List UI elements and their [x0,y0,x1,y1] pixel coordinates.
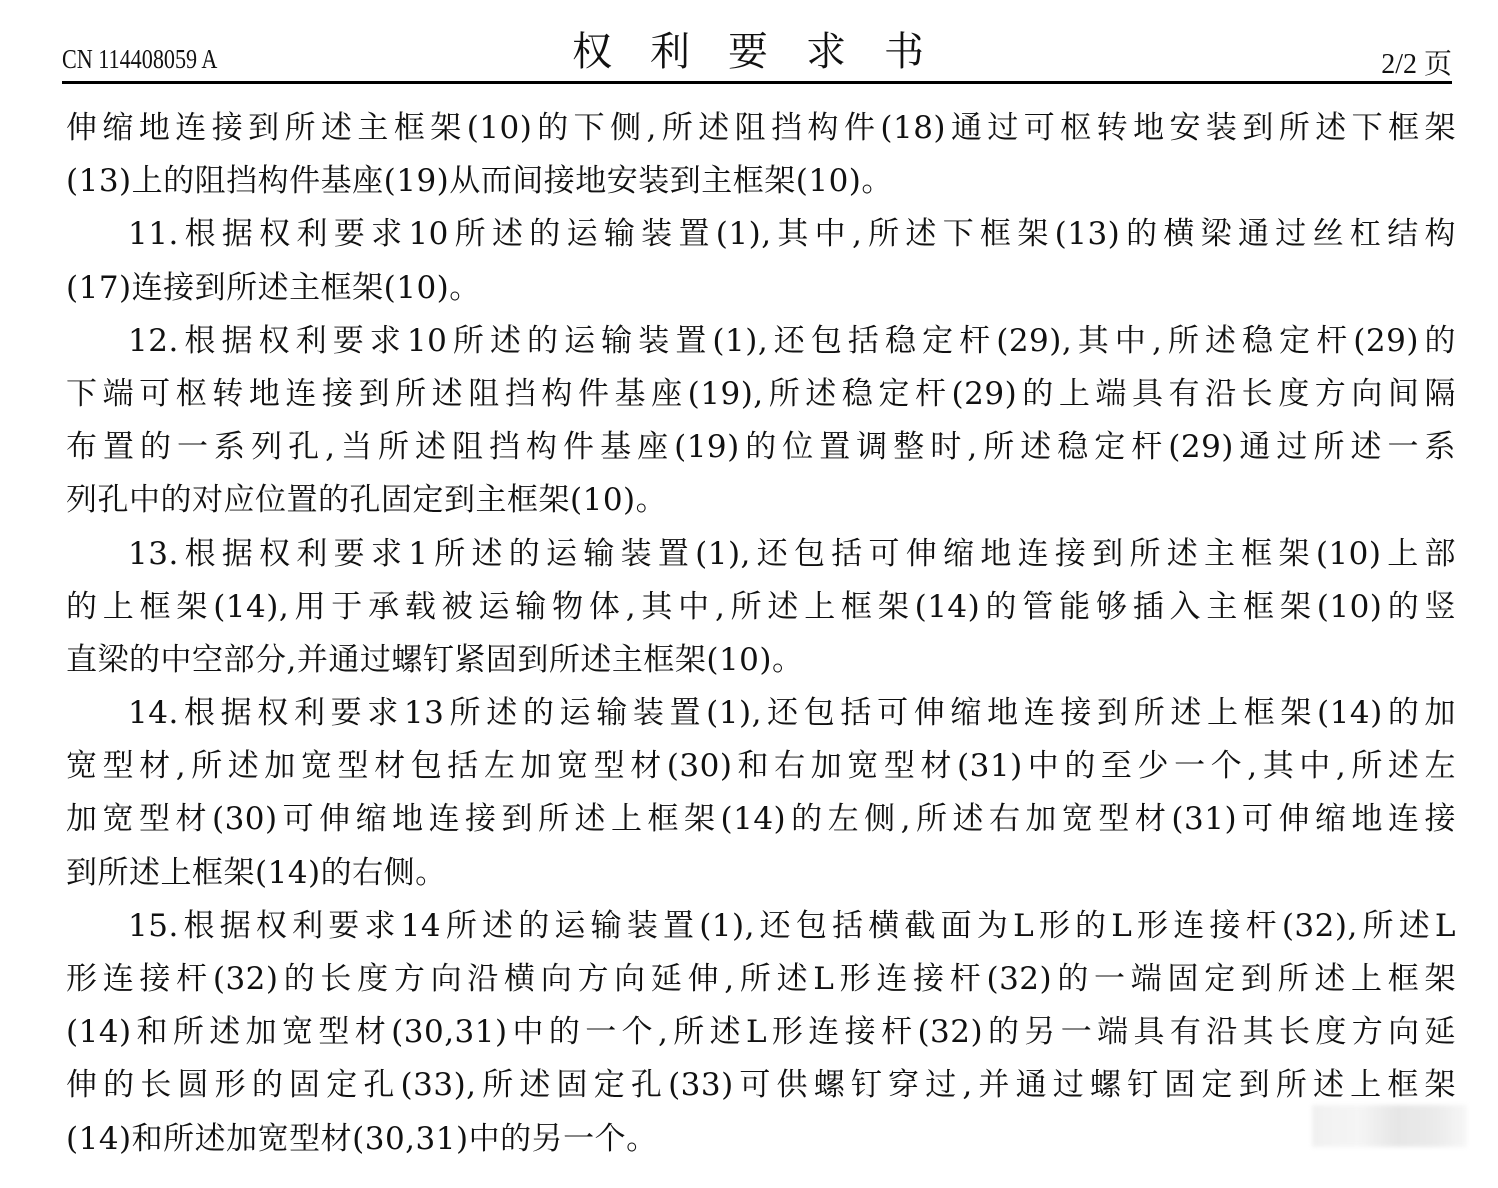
page-number: 2/2 页 [1381,42,1452,82]
text-line: 到所述上框架(14)的右侧。 [66,847,1456,900]
claim-13-start: 13.根据权利要求1所述的运输装置(1),还包括可伸缩地连接到所述主框架(10)… [66,528,1456,581]
claims-body: 伸缩地连接到所述主框架(10)的下侧,所述阻挡构件(18)通过可枢转地安装到所述… [66,102,1456,1166]
text-line: 布置的一系列孔,当所述阻挡构件基座(19)的位置调整时,所述稳定杆(29)通过所… [66,421,1456,474]
page-header: CN 114408059 A 权利要求书 2/2 页 [62,0,1452,84]
claim-11-start: 11.根据权利要求10所述的运输装置(1),其中,所述下框架(13)的横梁通过丝… [66,208,1456,261]
text-line: 宽型材,所述加宽型材包括左加宽型材(30)和右加宽型材(31)中的至少一个,其中… [66,740,1456,793]
text-line: 伸缩地连接到所述主框架(10)的下侧,所述阻挡构件(18)通过可枢转地安装到所述… [66,102,1456,155]
text-line: 伸的长圆形的固定孔(33),所述固定孔(33)可供螺钉穿过,并通过螺钉固定到所述… [66,1059,1456,1112]
text-line: 加宽型材(30)可伸缩地连接到所述上框架(14)的左侧,所述右加宽型材(31)可… [66,793,1456,846]
document-title: 权利要求书 [572,20,962,77]
text-line: (17)连接到所述主框架(10)。 [66,262,1456,315]
text-line: (14)和所述加宽型材(30,31)中的另一个。 [66,1113,1456,1166]
text-line: (13)上的阻挡构件基座(19)从而间接地安装到主框架(10)。 [66,155,1456,208]
text-line: 形连接杆(32)的长度方向沿横向方向延伸,所述L形连接杆(32)的一端固定到所述… [66,953,1456,1006]
publication-number: CN 114408059 A [62,44,217,75]
claim-14-start: 14.根据权利要求13所述的运输装置(1),还包括可伸缩地连接到所述上框架(14… [66,687,1456,740]
text-line: 的上框架(14),用于承载被运输物体,其中,所述上框架(14)的管能够插入主框架… [66,581,1456,634]
blurred-watermark [1312,1105,1467,1147]
text-line: 下端可枢转地连接到所述阻挡构件基座(19),所述稳定杆(29)的上端具有沿长度方… [66,368,1456,421]
text-line: 列孔中的对应位置的孔固定到主框架(10)。 [66,474,1456,527]
claim-12-start: 12.根据权利要求10所述的运输装置(1),还包括稳定杆(29),其中,所述稳定… [66,315,1456,368]
claim-15-start: 15.根据权利要求14所述的运输装置(1),还包括横截面为L形的L形连接杆(32… [66,900,1456,953]
text-line: 直梁的中空部分,并通过螺钉紧固到所述主框架(10)。 [66,634,1456,687]
text-line: (14)和所述加宽型材(30,31)中的一个,所述L形连接杆(32)的另一端具有… [66,1006,1456,1059]
